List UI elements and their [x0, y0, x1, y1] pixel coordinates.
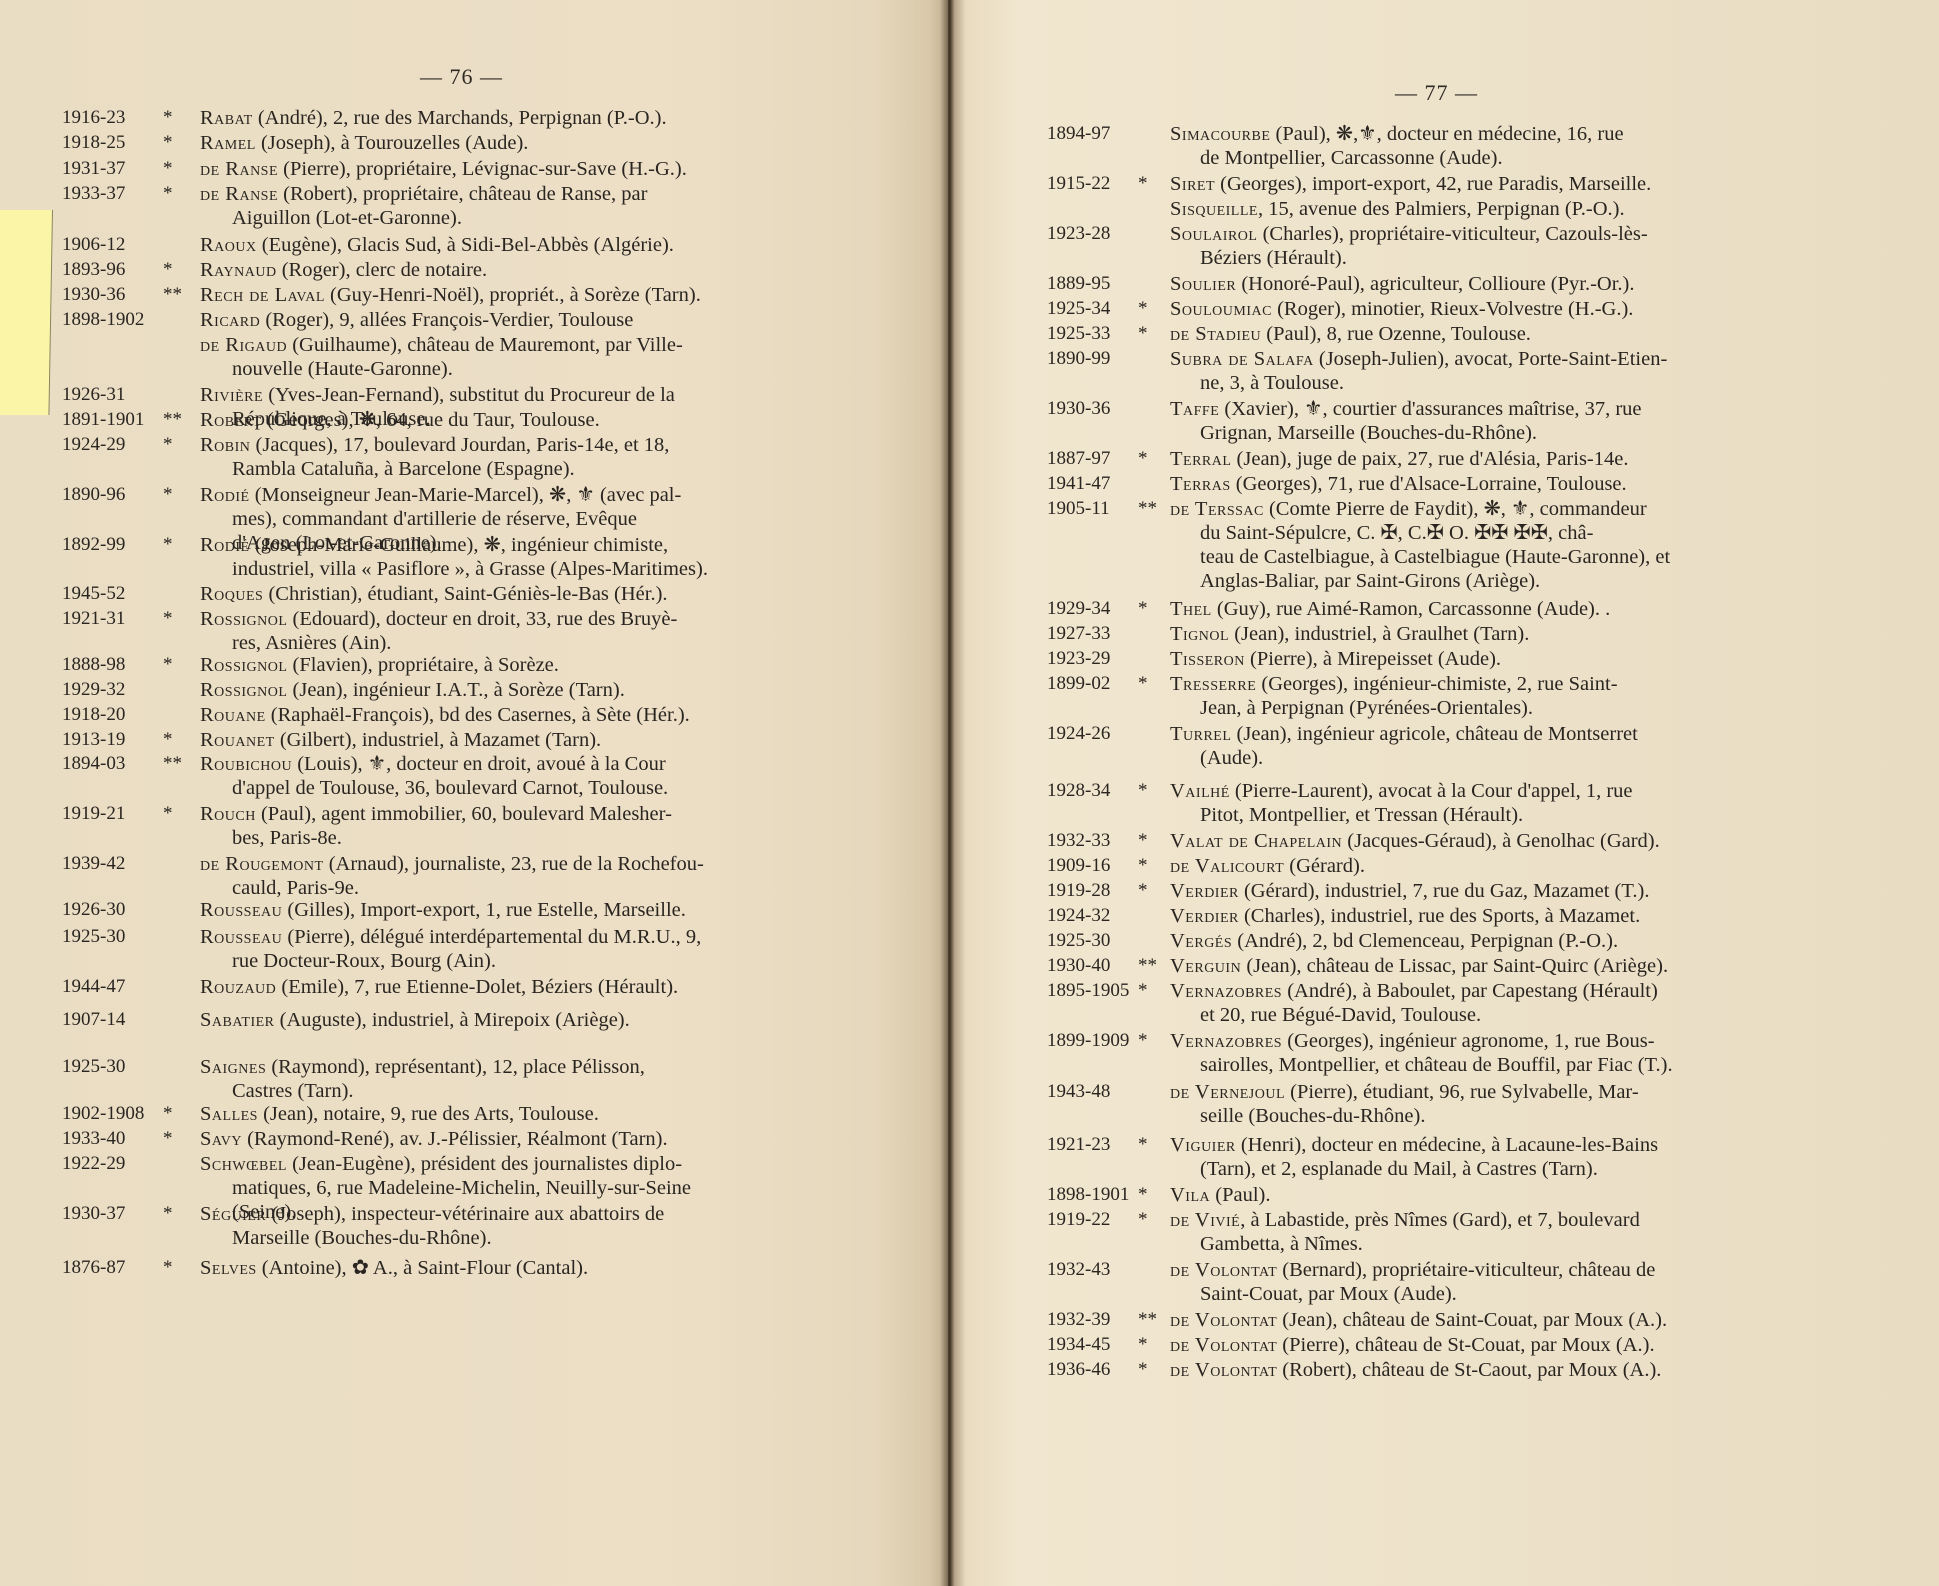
entry-name-line: Séguier (Joseph), inspecteur-vétérinaire…: [200, 1202, 664, 1226]
entry-years: 1941-47: [1047, 472, 1110, 496]
entry-name-line: Selves (Antoine), ✿ A., à Saint-Flour (C…: [200, 1256, 588, 1280]
entry-name-line: de Stadieu (Paul), 8, rue Ozenne, Toulou…: [1170, 322, 1531, 346]
entry-surname: Thel: [1170, 598, 1212, 620]
entry-continuation-line: Grignan, Marseille (Bouches-du-Rhône).: [1200, 421, 1537, 445]
entry-years: 1923-28: [1047, 222, 1110, 246]
entry-continuation-line: sairolles, Montpellier, et château de Bo…: [1200, 1053, 1673, 1077]
entry-surname: Verguin: [1170, 955, 1241, 977]
entry-name-line: Ricard (Roger), 9, allées François-Verdi…: [200, 308, 633, 332]
entry-surname: Rech de Laval: [200, 284, 325, 306]
entry-continuation-line: d'appel de Toulouse, 36, boulevard Carno…: [232, 776, 668, 800]
entry-surname: Terral: [1170, 448, 1231, 470]
entry-name-line: Siret (Georges), import-export, 42, rue …: [1170, 172, 1651, 196]
entry-years: 1876-87: [62, 1256, 125, 1280]
entry-name-line: Simacourbe (Paul), ❋,⚜, docteur en médec…: [1170, 122, 1624, 146]
entry-surname: Rousseau: [200, 926, 282, 948]
entry-membership-mark: *: [163, 1202, 173, 1226]
entry-name-line: Vernazobres (Georges), ingénieur agronom…: [1170, 1029, 1655, 1053]
entry-surname: Tresserre: [1170, 673, 1256, 695]
entry-surname: Robert: [200, 409, 262, 431]
entry-name-line: Salles (Jean), notaire, 9, rue des Arts,…: [200, 1102, 599, 1126]
entry-name-line: Rech de Laval (Guy-Henri-Noël), propriét…: [200, 283, 701, 307]
entry-membership-mark: *: [1138, 1333, 1148, 1357]
entry-years: 1915-22: [1047, 172, 1110, 196]
entry-membership-mark: *: [163, 1102, 173, 1126]
entry-membership-mark: *: [163, 433, 173, 457]
entry-name-line: Verdier (Charles), industriel, rue des S…: [1170, 904, 1640, 928]
entry-membership-mark: *: [163, 802, 173, 826]
entry-years: 1899-02: [1047, 672, 1110, 696]
entry-years: 1926-30: [62, 898, 125, 922]
entry-name-line: Rossignol (Edouard), docteur en droit, 3…: [200, 607, 677, 631]
book-gutter: [940, 0, 954, 1586]
entry-surname: de Rigaud: [200, 334, 287, 356]
entry-continuation-line: Anglas-Baliar, par Saint-Girons (Ariège)…: [1200, 569, 1540, 593]
entry-surname: de Ranse: [200, 158, 278, 180]
entry-surname: Séguier: [200, 1203, 266, 1225]
entry-years: 1918-25: [62, 131, 125, 155]
entry-name-line: Thel (Guy), rue Aimé-Ramon, Carcassonne …: [1170, 597, 1610, 621]
entry-years: 1923-29: [1047, 647, 1110, 671]
entry-name-line: Schwœbel (Jean-Eugène), président des jo…: [200, 1152, 682, 1176]
entry-name-line: Rivière (Yves-Jean-Fernand), substitut d…: [200, 383, 675, 407]
entry-surname: de Ranse: [200, 183, 278, 205]
entry-years: 1921-23: [1047, 1133, 1110, 1157]
entry-years: 1895-1905: [1047, 979, 1129, 1003]
entry-continuation-line: bes, Paris-8e.: [232, 826, 342, 850]
entry-surname: Sabatier: [200, 1009, 275, 1031]
entry-years: 1924-26: [1047, 722, 1110, 746]
entry-name-line: Rodié (Joseph-Marie-Guillaume), ❋, ingén…: [200, 533, 668, 557]
entry-name-line: Rouanet (Gilbert), industriel, à Mazamet…: [200, 728, 601, 752]
entry-name-line: Robert (Georges), ❋, 64, rue du Taur, To…: [200, 408, 600, 432]
entry-surname: Turrel: [1170, 723, 1231, 745]
entry-years: 1930-36: [1047, 397, 1110, 421]
entry-continuation-line: cauld, Paris-9e.: [232, 876, 359, 900]
entry-name-line: Vailhé (Pierre-Laurent), avocat à la Cou…: [1170, 779, 1633, 803]
entry-years: 1919-28: [1047, 879, 1110, 903]
entry-continuation-line: seille (Bouches-du-Rhône).: [1200, 1104, 1425, 1128]
entry-years: 1944-47: [62, 975, 125, 999]
entry-name-line: de Volontat (Robert), château de St-Caou…: [1170, 1358, 1661, 1382]
entry-years: 1924-32: [1047, 904, 1110, 928]
entry-membership-mark: *: [1138, 829, 1148, 853]
entry-continuation-line: ne, 3, à Toulouse.: [1200, 371, 1344, 395]
entry-years: 1925-34: [1047, 297, 1110, 321]
entry-surname: Tisseron: [1170, 648, 1245, 670]
entry-name-line: Rouzaud (Emile), 7, rue Etienne-Dolet, B…: [200, 975, 678, 999]
entry-name-line: de Terssac (Comte Pierre de Faydit), ❋, …: [1170, 497, 1647, 521]
entry-name-line: Rouane (Raphaël-François), bd des Casern…: [200, 703, 690, 727]
entry-name-line: Valat de Chapelain (Jacques-Géraud), à G…: [1170, 829, 1660, 853]
entry-surname: de Volontat: [1170, 1259, 1277, 1281]
entry-name-line: Rossignol (Jean), ingénieur I.A.T., à So…: [200, 678, 625, 702]
entry-continuation-line: res, Asnières (Ain).: [232, 631, 391, 655]
entry-surname: de Volontat: [1170, 1334, 1277, 1356]
entry-continuation-line: Castres (Tarn).: [232, 1079, 354, 1103]
entry-membership-mark: *: [1138, 979, 1148, 1003]
entry-years: 1890-96: [62, 483, 125, 507]
entry-years: 1924-29: [62, 433, 125, 457]
entry-surname: Roubichou: [200, 753, 292, 775]
entry-years: 1921-31: [62, 607, 125, 631]
entry-name-line: Vila (Paul).: [1170, 1183, 1271, 1207]
entry-years: 1916-23: [62, 106, 125, 130]
entry-name-line: Savy (Raymond-René), av. J.-Pélissier, R…: [200, 1127, 668, 1151]
entry-years: 1922-29: [62, 1152, 125, 1176]
entry-years: 1933-37: [62, 182, 125, 206]
entry-membership-mark: *: [1138, 1183, 1148, 1207]
entry-continuation-line: de Montpellier, Carcassonne (Aude).: [1200, 146, 1503, 170]
entry-years: 1933-40: [62, 1127, 125, 1151]
entry-surname: Schwœbel: [200, 1153, 287, 1175]
entry-membership-mark: *: [163, 533, 173, 557]
entry-surname: Rodié: [200, 484, 250, 506]
entry-name-line: Soulairol (Charles), propriétaire-viticu…: [1170, 222, 1648, 246]
entry-continuation-line: (Tarn), et 2, esplanade du Mail, à Castr…: [1200, 1157, 1598, 1181]
entry-years: 1926-31: [62, 383, 125, 407]
entry-years: 1890-99: [1047, 347, 1110, 371]
entry-years: 1945-52: [62, 582, 125, 606]
entry-surname: Vergés: [1170, 930, 1232, 952]
entry-years: 1925-30: [1047, 929, 1110, 953]
entry-surname: Roques: [200, 583, 263, 605]
entry-membership-mark: *: [1138, 297, 1148, 321]
entry-name-line: de Ranse (Pierre), propriétaire, Lévigna…: [200, 157, 687, 181]
entry-surname: Salles: [200, 1103, 258, 1125]
entry-membership-mark: *: [1138, 1208, 1148, 1232]
entry-continuation-line: Pitot, Montpellier, et Tressan (Hérault)…: [1200, 803, 1523, 827]
entry-years: 1932-43: [1047, 1258, 1110, 1282]
entry-name-line: Rabat (André), 2, rue des Marchands, Per…: [200, 106, 667, 130]
entry-years: 1919-22: [1047, 1208, 1110, 1232]
entry-years: 1913-19: [62, 728, 125, 752]
entry-surname: Raoux: [200, 234, 257, 256]
entry-surname: Vila: [1170, 1184, 1210, 1206]
entry-surname: Verdier: [1170, 880, 1239, 902]
entry-surname: Soulairol: [1170, 223, 1257, 245]
entry-surname: Sisqueille: [1170, 198, 1258, 220]
entry-years: 1918-20: [62, 703, 125, 727]
entry-surname: de Rougemont: [200, 853, 324, 875]
entry-surname: de Volontat: [1170, 1309, 1277, 1331]
entry-membership-mark: *: [1138, 672, 1148, 696]
entry-years: 1930-36: [62, 283, 125, 307]
entry-membership-mark: *: [1138, 447, 1148, 471]
sticky-note-tab: [0, 210, 53, 415]
entry-name-line: de Volontat (Jean), château de Saint-Cou…: [1170, 1308, 1667, 1332]
entry-membership-mark: **: [1138, 954, 1157, 978]
entry-name-line: Soulier (Honoré-Paul), agriculteur, Coll…: [1170, 272, 1635, 296]
entry-continuation-line: matiques, 6, rue Madeleine-Michelin, Neu…: [232, 1176, 691, 1200]
entry-name-line: Verdier (Gérard), industriel, 7, rue du …: [1170, 879, 1649, 903]
entry-years: 1932-39: [1047, 1308, 1110, 1332]
entry-surname: Rousseau: [200, 899, 282, 921]
entry-name-line: de Vernejoul (Pierre), étudiant, 96, rue…: [1170, 1080, 1639, 1104]
entry-years: 1889-95: [1047, 272, 1110, 296]
entry-surname: Simacourbe: [1170, 123, 1270, 145]
entry-surname: de Valicourt: [1170, 855, 1284, 877]
entry-surname: de Vernejoul: [1170, 1081, 1285, 1103]
entry-years: 1907-14: [62, 1008, 125, 1032]
entry-continuation-line: Gambetta, à Nîmes.: [1200, 1232, 1363, 1256]
entry-name-line: de Rigaud (Guilhaume), château de Maurem…: [200, 333, 683, 357]
entry-surname: Rouch: [200, 803, 256, 825]
entry-years: 1932-33: [1047, 829, 1110, 853]
entry-name-line: Viguier (Henri), docteur en médecine, à …: [1170, 1133, 1658, 1157]
entry-membership-mark: *: [163, 157, 173, 181]
entry-years: 1928-34: [1047, 779, 1110, 803]
entry-surname: Verdier: [1170, 905, 1239, 927]
entry-membership-mark: *: [163, 258, 173, 282]
entry-membership-mark: *: [1138, 879, 1148, 903]
entry-surname: Valat de Chapelain: [1170, 830, 1342, 852]
entry-years: 1927-33: [1047, 622, 1110, 646]
entry-name-line: Sisqueille, 15, avenue des Palmiers, Per…: [1170, 197, 1625, 221]
entry-years: 1906-12: [62, 233, 125, 257]
entry-years: 1925-33: [1047, 322, 1110, 346]
entry-continuation-line: nouvelle (Haute-Garonne).: [232, 357, 453, 381]
entry-surname: Rossignol: [200, 679, 287, 701]
entry-surname: Vailhé: [1170, 780, 1230, 802]
entry-name-line: Rossignol (Flavien), propriétaire, à Sor…: [200, 653, 559, 677]
entry-membership-mark: *: [163, 607, 173, 631]
entry-name-line: Vernazobres (André), à Baboulet, par Cap…: [1170, 979, 1658, 1003]
entry-years: 1888-98: [62, 653, 125, 677]
entry-continuation-line: (Aude).: [1200, 746, 1263, 770]
entry-membership-mark: *: [163, 131, 173, 155]
entry-membership-mark: *: [1138, 1358, 1148, 1382]
entry-membership-mark: **: [163, 408, 182, 432]
entry-surname: Rodié: [200, 534, 250, 556]
entry-membership-mark: *: [1138, 1029, 1148, 1053]
entry-name-line: Roubichou (Louis), ⚜, docteur en droit, …: [200, 752, 666, 776]
entry-membership-mark: *: [1138, 597, 1148, 621]
entry-surname: Rouzaud: [200, 976, 276, 998]
entry-membership-mark: *: [1138, 172, 1148, 196]
entry-years: 1902-1908: [62, 1102, 144, 1126]
entry-name-line: de Rougemont (Arnaud), journaliste, 23, …: [200, 852, 704, 876]
entry-years: 1925-30: [62, 1055, 125, 1079]
entry-surname: Saignes: [200, 1056, 266, 1078]
entry-name-line: Tignol (Jean), industriel, à Graulhet (T…: [1170, 622, 1529, 646]
entry-surname: de Terssac: [1170, 498, 1264, 520]
entry-name-line: Sabatier (Auguste), industriel, à Mirepo…: [200, 1008, 630, 1032]
entry-surname: Rossignol: [200, 608, 287, 630]
entry-years: 1894-03: [62, 752, 125, 776]
entry-continuation-line: mes), commandant d'artillerie de réserve…: [232, 507, 637, 531]
entry-surname: Rivière: [200, 384, 263, 406]
entry-membership-mark: **: [1138, 1308, 1157, 1332]
entry-surname: Tignol: [1170, 623, 1229, 645]
entry-years: 1925-30: [62, 925, 125, 949]
entry-name-line: Terral (Jean), juge de paix, 27, rue d'A…: [1170, 447, 1628, 471]
entry-years: 1893-96: [62, 258, 125, 282]
entry-surname: Siret: [1170, 173, 1215, 195]
entry-name-line: Taffe (Xavier), ⚜, courtier d'assurances…: [1170, 397, 1642, 421]
entry-name-line: Terras (Georges), 71, rue d'Alsace-Lorra…: [1170, 472, 1627, 496]
entry-name-line: Tresserre (Georges), ingénieur-chimiste,…: [1170, 672, 1618, 696]
entry-years: 1887-97: [1047, 447, 1110, 471]
entry-surname: Subra de Salafa: [1170, 348, 1314, 370]
entry-years: 1909-16: [1047, 854, 1110, 878]
entry-years: 1898-1902: [62, 308, 144, 332]
entry-continuation-line: rue Docteur-Roux, Bourg (Ain).: [232, 949, 496, 973]
entry-name-line: Souloumiac (Roger), minotier, Rieux-Volv…: [1170, 297, 1633, 321]
entry-continuation-line: Aiguillon (Lot-et-Garonne).: [232, 206, 462, 230]
entry-name-line: Raynaud (Roger), clerc de notaire.: [200, 258, 487, 282]
entry-name-line: Roques (Christian), étudiant, Saint-Géni…: [200, 582, 668, 606]
entry-years: 1936-46: [1047, 1358, 1110, 1382]
entry-continuation-line: Saint-Couat, par Moux (Aude).: [1200, 1282, 1457, 1306]
entry-name-line: Robin (Jacques), 17, boulevard Jourdan, …: [200, 433, 669, 457]
entry-name-line: Ramel (Joseph), à Tourouzelles (Aude).: [200, 131, 528, 155]
entry-name-line: de Vivié, à Labastide, près Nîmes (Gard)…: [1170, 1208, 1640, 1232]
entry-continuation-line: du Saint-Sépulcre, C. ✠, C.✠ O. ✠✠ ✠✠, c…: [1200, 521, 1593, 545]
entry-continuation-line: industriel, villa « Pasiflore », à Grass…: [232, 557, 708, 581]
entry-continuation-line: Marseille (Bouches-du-Rhône).: [232, 1226, 492, 1250]
entry-membership-mark: *: [163, 1256, 173, 1280]
entry-surname: de Vivié: [1170, 1209, 1240, 1231]
entry-years: 1934-45: [1047, 1333, 1110, 1357]
entry-surname: Savy: [200, 1128, 242, 1150]
entry-years: 1939-42: [62, 852, 125, 876]
entry-years: 1931-37: [62, 157, 125, 181]
entry-name-line: Subra de Salafa (Joseph-Julien), avocat,…: [1170, 347, 1667, 371]
entry-surname: Vernazobres: [1170, 1030, 1282, 1052]
entry-years: 1929-32: [62, 678, 125, 702]
entry-surname: Souloumiac: [1170, 298, 1272, 320]
entry-years: 1919-21: [62, 802, 125, 826]
entry-years: 1892-99: [62, 533, 125, 557]
entry-surname: Vernazobres: [1170, 980, 1282, 1002]
entry-name-line: Rodié (Monseigneur Jean-Marie-Marcel), ❋…: [200, 483, 681, 507]
entry-membership-mark: *: [1138, 322, 1148, 346]
entry-name-line: Vergés (André), 2, bd Clemenceau, Perpig…: [1170, 929, 1618, 953]
entry-years: 1891-1901: [62, 408, 144, 432]
entry-membership-mark: *: [1138, 779, 1148, 803]
entry-continuation-line: et 20, rue Bégué-David, Toulouse.: [1200, 1003, 1481, 1027]
entry-years: 1905-11: [1047, 497, 1110, 521]
entry-membership-mark: **: [163, 283, 182, 307]
entry-surname: Soulier: [1170, 273, 1236, 295]
entry-surname: Terras: [1170, 473, 1231, 495]
entry-years: 1929-34: [1047, 597, 1110, 621]
entry-membership-mark: *: [163, 106, 173, 130]
entry-years: 1943-48: [1047, 1080, 1110, 1104]
entry-years: 1930-37: [62, 1202, 125, 1226]
entry-name-line: Verguin (Jean), château de Lissac, par S…: [1170, 954, 1668, 978]
entry-continuation-line: Rambla Cataluña, à Barcelone (Espagne).: [232, 457, 575, 481]
entry-membership-mark: *: [163, 728, 173, 752]
entry-surname: Rouanet: [200, 729, 275, 751]
entry-membership-mark: *: [163, 182, 173, 206]
entry-name-line: de Volontat (Pierre), château de St-Coua…: [1170, 1333, 1655, 1357]
entry-name-line: de Valicourt (Gérard).: [1170, 854, 1365, 878]
entry-name-line: Turrel (Jean), ingénieur agricole, châte…: [1170, 722, 1638, 746]
entry-membership-mark: **: [163, 752, 182, 776]
entry-continuation-line: Béziers (Hérault).: [1200, 246, 1347, 270]
entry-membership-mark: *: [1138, 1133, 1148, 1157]
entry-surname: Raynaud: [200, 259, 277, 281]
entry-membership-mark: **: [1138, 497, 1157, 521]
entry-name-line: Rouch (Paul), agent immobilier, 60, boul…: [200, 802, 672, 826]
page-number-left: — 76 —: [420, 64, 503, 90]
page-number-right: — 77 —: [1395, 80, 1478, 106]
entry-surname: Rabat: [200, 107, 253, 129]
entry-surname: Rouane: [200, 704, 266, 726]
entry-name-line: Rousseau (Pierre), délégué interdépartem…: [200, 925, 701, 949]
entry-continuation-line: Jean, à Perpignan (Pyrénées-Orientales).: [1200, 696, 1533, 720]
entry-years: 1898-1901: [1047, 1183, 1129, 1207]
entry-surname: Ricard: [200, 309, 260, 331]
entry-surname: Rossignol: [200, 654, 287, 676]
entry-name-line: de Volontat (Bernard), propriétaire-viti…: [1170, 1258, 1655, 1282]
entry-years: 1899-1909: [1047, 1029, 1129, 1053]
entry-continuation-line: teau de Castelbiague, à Castelbiague (Ha…: [1200, 545, 1670, 569]
entry-membership-mark: *: [1138, 854, 1148, 878]
entry-name-line: de Ranse (Robert), propriétaire, château…: [200, 182, 647, 206]
entry-surname: Robin: [200, 434, 250, 456]
entry-years: 1894-97: [1047, 122, 1110, 146]
entry-surname: de Stadieu: [1170, 323, 1261, 345]
entry-surname: Selves: [200, 1257, 257, 1279]
entry-name-line: Saignes (Raymond), représentant), 12, pl…: [200, 1055, 645, 1079]
entry-name-line: Raoux (Eugène), Glacis Sud, à Sidi-Bel-A…: [200, 233, 674, 257]
entry-years: 1930-40: [1047, 954, 1110, 978]
entry-surname: Taffe: [1170, 398, 1219, 420]
entry-surname: Viguier: [1170, 1134, 1236, 1156]
entry-membership-mark: *: [163, 653, 173, 677]
entry-surname: Ramel: [200, 132, 256, 154]
entry-name-line: Rousseau (Gilles), Import-export, 1, rue…: [200, 898, 686, 922]
entry-membership-mark: *: [163, 1127, 173, 1151]
entry-name-line: Tisseron (Pierre), à Mirepeisset (Aude).: [1170, 647, 1501, 671]
entry-surname: de Volontat: [1170, 1359, 1277, 1381]
entry-membership-mark: *: [163, 483, 173, 507]
